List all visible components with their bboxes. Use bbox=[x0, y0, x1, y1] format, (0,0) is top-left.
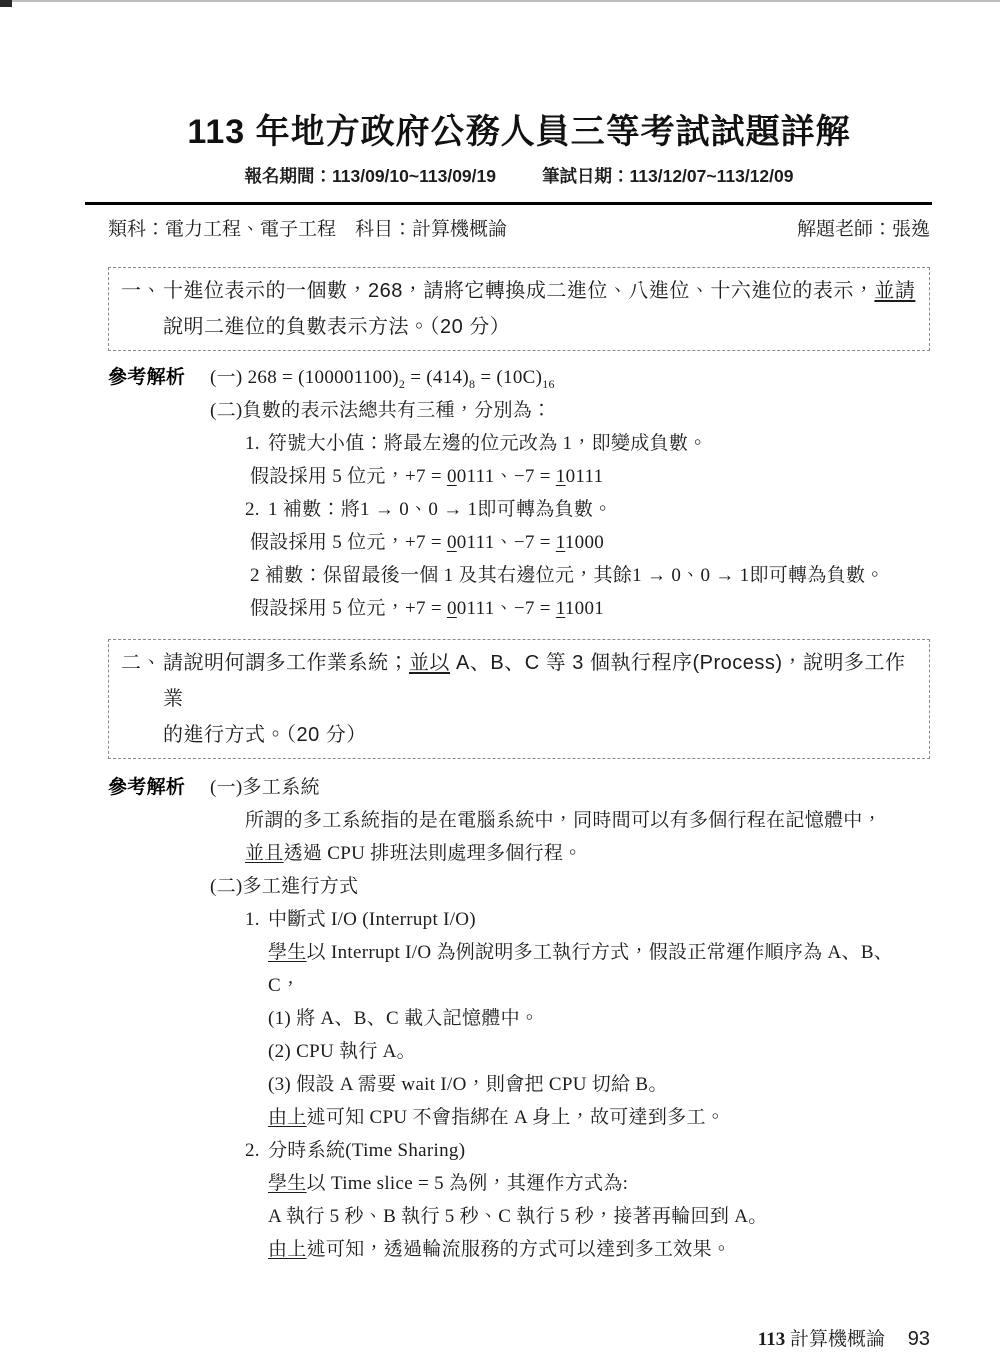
scan-speck-artifact bbox=[0, 0, 12, 7]
definition-text: 透過 CPU 排班法則處理多個行程。 bbox=[284, 843, 583, 864]
question-2-number: 二、 bbox=[121, 645, 163, 753]
solution-2-label: 參考解析 bbox=[108, 771, 210, 1266]
document-page: 113 年地方政府公務人員三等考試試題詳解 報名期間：113/09/10~113… bbox=[0, 0, 1000, 1353]
formula-prefix: 假設採用 5 位元，+7 = bbox=[250, 466, 447, 487]
conversion-hex: = (10C) bbox=[475, 367, 542, 388]
negative-representation-heading: (二)負數的表示法總共有三種，分別為： bbox=[210, 394, 930, 427]
twos-complement-rule: 2 補數：保留最後一個 1 及其右邊位元，其餘1 → 0、0 → 1即可轉為負數… bbox=[210, 559, 930, 592]
explanation-text: 以 Interrupt I/O 為例說明多工執行方式，假設正常運作順序為 A、B… bbox=[307, 942, 894, 963]
footer-book-title: 計算機概論 bbox=[790, 1329, 885, 1350]
underlined-sign-bit: 0 bbox=[447, 532, 457, 553]
header-divider bbox=[85, 202, 932, 205]
ones-complement-item: 2.1 補數：將1 → 0、0 → 1即可轉為負數。 bbox=[210, 493, 930, 526]
question-2-box: 二、 請說明何謂多工作業系統；並以 A、B、C 等 3 個執行程序(Proces… bbox=[108, 639, 930, 759]
interrupt-io-line2: C， bbox=[210, 969, 930, 1002]
item-1-marker: 1. bbox=[245, 903, 268, 936]
exam-dates-row: 報名期間：113/09/10~113/09/19 筆試日期：113/12/07~… bbox=[108, 164, 930, 188]
multitask-definition-line2: 並且透過 CPU 排班法則處理多個行程。 bbox=[210, 837, 930, 870]
scan-edge-artifact bbox=[0, 0, 1000, 2]
underlined-sign-bit: 0 bbox=[447, 466, 457, 487]
page-title: 113 年地方政府公務人員三等考試試題詳解 bbox=[108, 112, 930, 152]
question-2-line1-underline: 並以 bbox=[409, 652, 450, 674]
formula-mid: 、−7 = bbox=[495, 598, 556, 619]
conversion-octal: = (414) bbox=[405, 367, 469, 388]
question-1-text: 十進位表示的一個數，268，請將它轉換成二進位、八進位、十六進位的表示，並請 說… bbox=[163, 273, 917, 345]
formula-bits: 0111 bbox=[457, 532, 495, 553]
solution-1: 參考解析 (一) 268 = (100001100)2 = (414)8 = (… bbox=[108, 361, 930, 625]
page-header: 113 年地方政府公務人員三等考試試題詳解 報名期間：113/09/10~113… bbox=[108, 112, 930, 243]
interrupt-step-2: (2) CPU 執行 A。 bbox=[210, 1035, 930, 1068]
formula-prefix: 假設採用 5 位元，+7 = bbox=[250, 532, 447, 553]
time-sharing-conclusion: 由上述可知，透過輪流服務的方式可以達到多工效果。 bbox=[210, 1233, 930, 1266]
formula-mid: 、−7 = bbox=[495, 466, 556, 487]
base-conversion-line: (一) 268 = (100001100)2 = (414)8 = (10C)1… bbox=[210, 361, 930, 394]
page-footer: 113 計算機概論 93 bbox=[108, 1326, 930, 1353]
multitask-definition-line1: 所謂的多工系統指的是在電腦系統中，同時間可以有多個行程在記憶體中， bbox=[210, 804, 930, 837]
item-2-text: 1 補數：將1 → 0、0 → 1即可轉為負數。 bbox=[268, 499, 612, 520]
solution-2-body: (一)多工系統 所謂的多工系統指的是在電腦系統中，同時間可以有多個行程在記憶體中… bbox=[210, 771, 930, 1266]
question-1-line1-underline: 並請 bbox=[874, 280, 915, 302]
multitask-method-heading: (二)多工進行方式 bbox=[210, 870, 930, 903]
formula-mid: 、−7 = bbox=[495, 532, 556, 553]
underlined-text: 由上 bbox=[268, 1107, 307, 1128]
underlined-text: 並且 bbox=[245, 843, 284, 864]
written-exam-date: 筆試日期：113/12/07~113/12/09 bbox=[542, 164, 794, 188]
conclusion-text: 述可知 CPU 不會指綁在 A 身上，故可達到多工。 bbox=[307, 1107, 725, 1128]
formula-bits: 0111 bbox=[566, 466, 604, 487]
question-1-box: 一、 十進位表示的一個數，268，請將它轉換成二進位、八進位、十六進位的表示，並… bbox=[108, 267, 930, 351]
conclusion-text: 述可知，透過輪流服務的方式可以達到多工效果。 bbox=[307, 1239, 732, 1260]
interrupt-step-1: (1) 將 A、B、C 載入記憶體中。 bbox=[210, 1002, 930, 1035]
item-2-marker: 2. bbox=[245, 1134, 268, 1167]
underlined-text: 由上 bbox=[268, 1239, 307, 1260]
item-2-marker: 2. bbox=[245, 493, 268, 526]
question-2-text: 請說明何謂多工作業系統；並以 A、B、C 等 3 個執行程序(Process)，… bbox=[163, 645, 917, 753]
item-1-text: 符號大小值：將最左邊的位元改為 1，即變成負數。 bbox=[268, 433, 707, 454]
question-2-line2: 的進行方式。（20 分） bbox=[163, 724, 367, 746]
formula-bits: 1001 bbox=[565, 598, 604, 619]
interrupt-step-3: (3) 假設 A 需要 wait I/O，則會把 CPU 切給 B。 bbox=[210, 1068, 930, 1101]
interrupt-io-line1: 學生以 Interrupt I/O 為例說明多工執行方式，假設正常運作順序為 A… bbox=[210, 936, 930, 969]
question-1-line2: 說明二進位的負數表示方法。（20 分） bbox=[163, 316, 510, 338]
footer-book-number: 113 bbox=[758, 1329, 785, 1350]
underlined-sign-bit: 1 bbox=[556, 532, 565, 553]
question-1-line1: 十進位表示的一個數，268，請將它轉換成二進位、八進位、十六進位的表示， bbox=[163, 280, 874, 302]
underlined-sign-bit: 1 bbox=[556, 466, 566, 487]
solution-1-body: (一) 268 = (100001100)2 = (414)8 = (10C)1… bbox=[210, 361, 930, 625]
formula-bits: 0111 bbox=[457, 466, 495, 487]
question-1-number: 一、 bbox=[121, 273, 163, 345]
formula-bits: 1000 bbox=[565, 532, 604, 553]
underlined-text: 學生 bbox=[268, 1173, 307, 1194]
item-1-title: 中斷式 I/O (Interrupt I/O) bbox=[268, 909, 476, 930]
time-sharing-line1: 學生以 Time slice = 5 為例，其運作方式為: bbox=[210, 1167, 930, 1200]
time-sharing-item: 2.分時系統(Time Sharing) bbox=[210, 1134, 930, 1167]
ones-complement-example: 假設採用 5 位元，+7 = 00111、−7 = 11000 bbox=[210, 526, 930, 559]
conversion-prefix: (一) 268 = (100001100) bbox=[210, 367, 399, 388]
sign-magnitude-example: 假設採用 5 位元，+7 = 00111、−7 = 10111 bbox=[210, 460, 930, 493]
category-and-subject: 類科：電力工程、電子工程 科目：計算機概論 bbox=[108, 217, 507, 243]
registration-period: 報名期間：113/09/10~113/09/19 bbox=[245, 164, 497, 188]
item-2-title: 分時系統(Time Sharing) bbox=[268, 1140, 465, 1161]
formula-prefix: 假設採用 5 位元，+7 = bbox=[250, 598, 447, 619]
underlined-text: 學生 bbox=[268, 942, 307, 963]
solver-name: 解題老師：張逸 bbox=[797, 217, 930, 243]
interrupt-conclusion: 由上述可知 CPU 不會指綁在 A 身上，故可達到多工。 bbox=[210, 1101, 930, 1134]
item-1-marker: 1. bbox=[245, 427, 268, 460]
underlined-sign-bit: 1 bbox=[556, 598, 565, 619]
meta-row: 類科：電力工程、電子工程 科目：計算機概論 解題老師：張逸 bbox=[108, 217, 930, 243]
explanation-text: 以 Time slice = 5 為例，其運作方式為: bbox=[307, 1173, 629, 1194]
sign-magnitude-item: 1.符號大小值：將最左邊的位元改為 1，即變成負數。 bbox=[210, 427, 930, 460]
footer-page-number: 93 bbox=[908, 1328, 930, 1350]
question-2-line1a: 請說明何謂多工作業系統； bbox=[163, 652, 409, 674]
interrupt-io-item: 1.中斷式 I/O (Interrupt I/O) bbox=[210, 903, 930, 936]
solution-1-label: 參考解析 bbox=[108, 361, 210, 625]
time-sharing-line2: A 執行 5 秒、B 執行 5 秒、C 執行 5 秒，接著再輪回到 A。 bbox=[210, 1200, 930, 1233]
underlined-sign-bit: 0 bbox=[447, 598, 457, 619]
formula-bits: 0111 bbox=[457, 598, 495, 619]
subscript-hex: 16 bbox=[542, 377, 555, 391]
twos-complement-example: 假設採用 5 位元，+7 = 00111、−7 = 11001 bbox=[210, 592, 930, 625]
multitask-system-heading: (一)多工系統 bbox=[210, 771, 930, 804]
solution-2: 參考解析 (一)多工系統 所謂的多工系統指的是在電腦系統中，同時間可以有多個行程… bbox=[108, 771, 930, 1266]
